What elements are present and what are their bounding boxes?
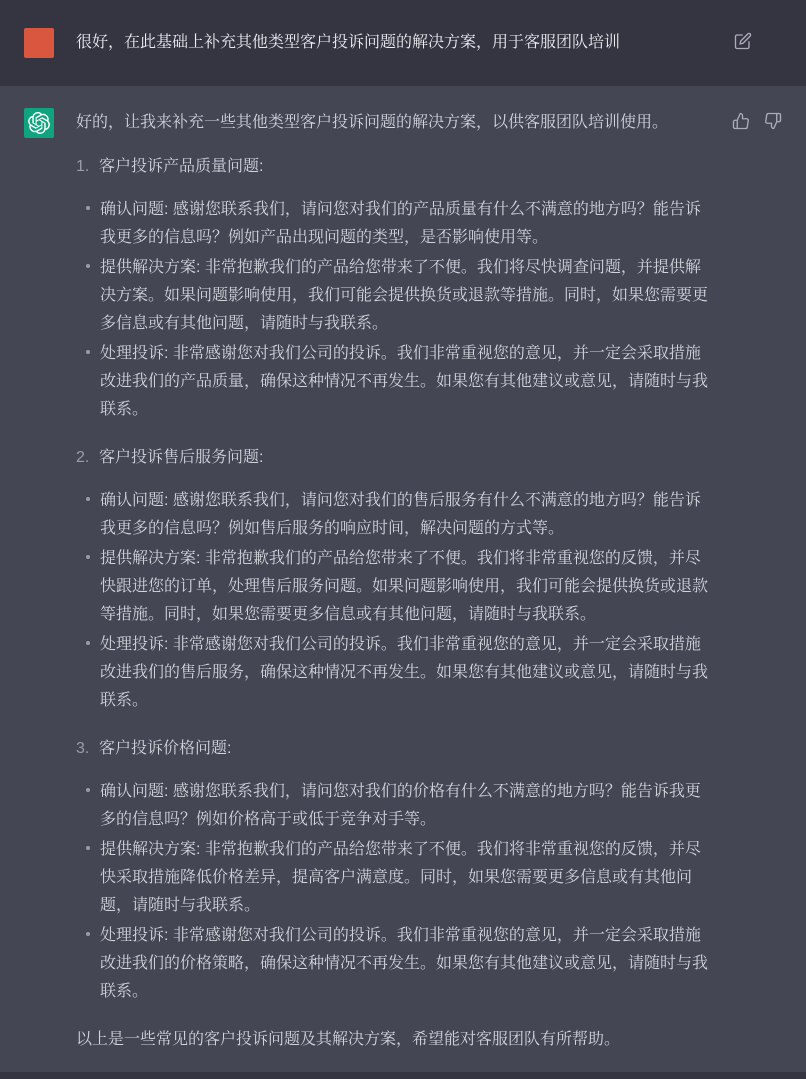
user-message-text: 很好，在此基础上补充其他类型客户投诉问题的解决方案，用于客服团队培训: [76, 28, 712, 57]
list-item: 提供解决方案: 非常抱歉我们的产品给您带来了不便。我们将非常重视您的反馈，并尽快…: [76, 545, 710, 629]
thumbs-down-icon: [764, 112, 782, 130]
edit-pencil-square-icon: [734, 32, 752, 50]
assistant-message-row: 好的，让我来补充一些其他类型客户投诉问题的解决方案，以供客服团队培训使用。 1.…: [0, 86, 806, 1072]
bullet-list: 确认问题: 感谢您联系我们，请问您对我们的售后服务有什么不满意的地方吗？能告诉我…: [76, 487, 710, 715]
bullet-text: 提供解决方案: 非常抱歉我们的产品给您带来了不便。我们将非常重视您的反馈，并尽快…: [100, 545, 710, 629]
assistant-outro-paragraph: 以上是一些常见的客户投诉问题及其解决方案，希望能对客服团队有所帮助。: [76, 1026, 710, 1054]
bullet-dot: [86, 487, 100, 543]
list-item: 提供解决方案: 非常抱歉我们的产品给您带来了不便。我们将尽快调查问题，并提供解决…: [76, 254, 710, 338]
ordered-list-number: 3.: [76, 735, 99, 763]
list-item: 确认问题: 感谢您联系我们，请问您对我们的产品质量有什么不满意的地方吗？能告诉我…: [76, 196, 710, 252]
complaint-section-2: 2. 客户投诉售后服务问题: 确认问题: 感谢您联系我们，请问您对我们的售后服务…: [76, 444, 710, 715]
bullet-dot: [86, 836, 100, 920]
bullet-dot: [86, 922, 100, 1006]
section-heading: 客户投诉售后服务问题:: [99, 444, 710, 472]
bullet-text: 提供解决方案: 非常抱歉我们的产品给您带来了不便。我们将尽快调查问题，并提供解决…: [100, 254, 710, 338]
list-item: 处理投诉: 非常感谢您对我们公司的投诉。我们非常重视您的意见，并一定会采取措施改…: [76, 631, 710, 715]
list-item: 处理投诉: 非常感谢您对我们公司的投诉。我们非常重视您的意见，并一定会采取措施改…: [76, 340, 710, 424]
bullet-list: 确认问题: 感谢您联系我们，请问您对我们的产品质量有什么不满意的地方吗？能告诉我…: [76, 196, 710, 424]
bullet-dot: [86, 631, 100, 715]
user-message-row: 很好，在此基础上补充其他类型客户投诉问题的解决方案，用于客服团队培训: [0, 0, 806, 86]
section-title: 2. 客户投诉售后服务问题:: [76, 444, 710, 472]
list-item: 处理投诉: 非常感谢您对我们公司的投诉。我们非常重视您的意见，并一定会采取措施改…: [76, 922, 710, 1006]
bullet-text: 处理投诉: 非常感谢您对我们公司的投诉。我们非常重视您的意见，并一定会采取措施改…: [100, 922, 710, 1006]
bullet-text: 确认问题: 感谢您联系我们，请问您对我们的售后服务有什么不满意的地方吗？能告诉我…: [100, 487, 710, 543]
bullet-text: 处理投诉: 非常感谢您对我们公司的投诉。我们非常重视您的意见，并一定会采取措施改…: [100, 340, 710, 424]
chat-thread: 很好，在此基础上补充其他类型客户投诉问题的解决方案，用于客服团队培训 好的，让我…: [0, 0, 806, 1079]
section-heading: 客户投诉产品质量问题:: [99, 153, 710, 181]
ordered-list-number: 2.: [76, 444, 99, 472]
list-item: 提供解决方案: 非常抱歉我们的产品给您带来了不便。我们将非常重视您的反馈，并尽快…: [76, 836, 710, 920]
user-avatar: [24, 28, 54, 58]
bullet-text: 确认问题: 感谢您联系我们，请问您对我们的价格有什么不满意的地方吗？能告诉我更多…: [100, 778, 710, 834]
ordered-list-number: 1.: [76, 153, 99, 181]
complaint-section-3: 3. 客户投诉价格问题: 确认问题: 感谢您联系我们，请问您对我们的价格有什么不…: [76, 735, 710, 1006]
complaint-section-1: 1. 客户投诉产品质量问题: 确认问题: 感谢您联系我们，请问您对我们的产品质量…: [76, 153, 710, 424]
bullet-dot: [86, 340, 100, 424]
bullet-text: 确认问题: 感谢您联系我们，请问您对我们的产品质量有什么不满意的地方吗？能告诉我…: [100, 196, 710, 252]
thumbs-up-button[interactable]: [732, 112, 750, 130]
edit-message-button[interactable]: [734, 32, 752, 50]
section-title: 3. 客户投诉价格问题:: [76, 735, 710, 763]
bullet-dot: [86, 254, 100, 338]
assistant-intro-paragraph: 好的，让我来补充一些其他类型客户投诉问题的解决方案，以供客服团队培训使用。: [76, 109, 710, 137]
section-heading: 客户投诉价格问题:: [99, 735, 710, 763]
bullet-dot: [86, 196, 100, 252]
thumbs-down-button[interactable]: [764, 112, 782, 130]
bullet-dot: [86, 778, 100, 834]
chatgpt-logo-icon: [28, 112, 50, 134]
assistant-message-body: 好的，让我来补充一些其他类型客户投诉问题的解决方案，以供客服团队培训使用。 1.…: [76, 108, 710, 1054]
list-item: 确认问题: 感谢您联系我们，请问您对我们的售后服务有什么不满意的地方吗？能告诉我…: [76, 487, 710, 543]
bullet-list: 确认问题: 感谢您联系我们，请问您对我们的价格有什么不满意的地方吗？能告诉我更多…: [76, 778, 710, 1006]
list-item: 确认问题: 感谢您联系我们，请问您对我们的价格有什么不满意的地方吗？能告诉我更多…: [76, 778, 710, 834]
assistant-avatar: [24, 108, 54, 138]
assistant-message-actions: [732, 108, 782, 130]
section-title: 1. 客户投诉产品质量问题:: [76, 153, 710, 181]
bullet-dot: [86, 545, 100, 629]
thumbs-up-icon: [732, 112, 750, 130]
bullet-text: 处理投诉: 非常感谢您对我们公司的投诉。我们非常重视您的意见，并一定会采取措施改…: [100, 631, 710, 715]
user-message-actions: [734, 28, 782, 50]
bullet-text: 提供解决方案: 非常抱歉我们的产品给您带来了不便。我们将非常重视您的反馈，并尽快…: [100, 836, 710, 920]
